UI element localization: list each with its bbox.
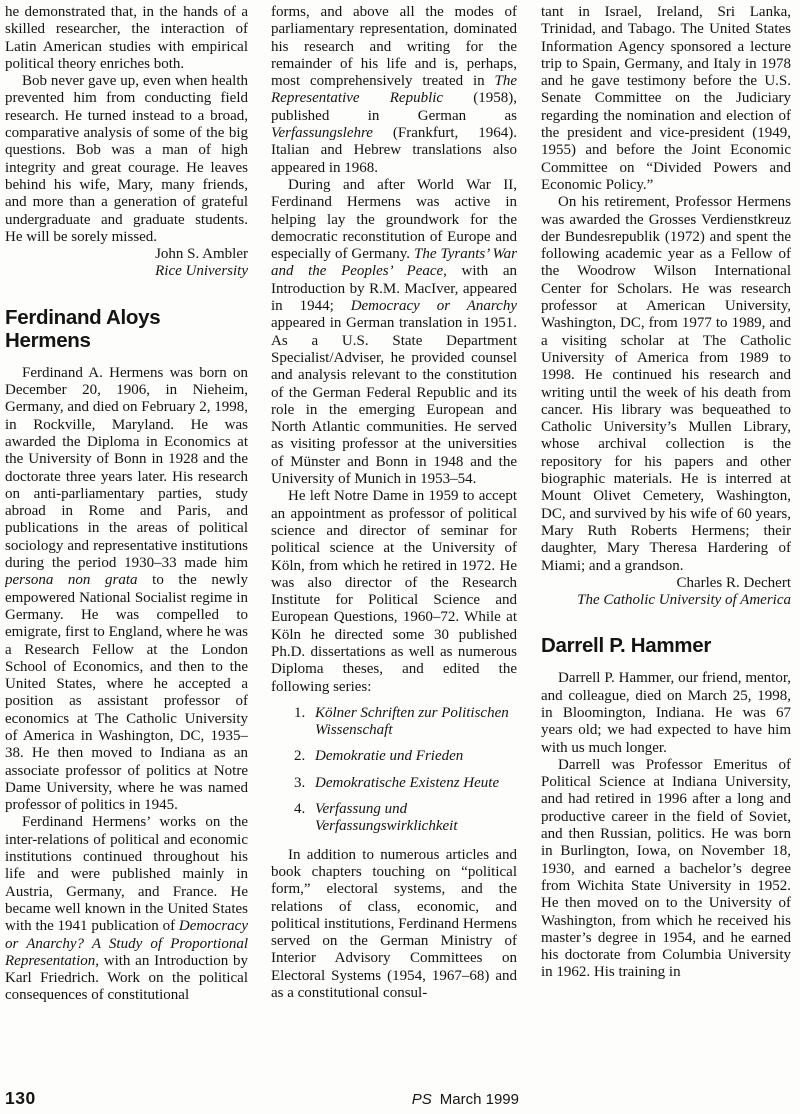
paragraph: Darrell P. Hammer, our friend, mentor, a… <box>541 670 791 756</box>
text-run: to the newly empowered National Socialis… <box>5 572 248 813</box>
byline: John S. AmblerRice University <box>5 246 248 281</box>
list-item: 2.Demokratie und Frieden <box>315 748 517 765</box>
numbered-series-list: 1.Kölner Schriften zur Politischen Wisse… <box>271 705 517 836</box>
byline-name: Charles R. Dechert <box>541 575 791 592</box>
text-run: forms, and above all the modes of parlia… <box>271 4 517 89</box>
paragraph: On his retirement, Professor Hermens was… <box>541 194 791 575</box>
text-column-1: he demonstrated that, in the hands of a … <box>5 4 248 1086</box>
text-run: Ferdinand A. Hermens was born on Decembe… <box>5 365 248 571</box>
text-run: In addition to numerous articles and boo… <box>271 847 517 1001</box>
list-number: 3. <box>294 775 305 792</box>
italic-text-run: Democracy or Anarchy <box>351 298 517 314</box>
text-run: Darrell P. Hammer, our friend, mentor, a… <box>541 670 791 755</box>
byline-name: John S. Ambler <box>5 246 248 263</box>
text-run: On his retirement, Professor Hermens was… <box>541 194 791 573</box>
list-title: Demokratie und Frieden <box>315 748 463 764</box>
text-column-2: forms, and above all the modes of parlia… <box>271 4 517 1086</box>
paragraph: forms, and above all the modes of parlia… <box>271 4 517 177</box>
journal-page: he demonstrated that, in the hands of a … <box>0 0 800 1114</box>
list-item: 3.Demokratische Existenz Heute <box>315 775 517 792</box>
italic-text-run: Verfassungslehre <box>271 125 373 141</box>
obituary-heading: Ferdinand Aloys Hermens <box>5 306 248 352</box>
list-title: Demokratische Existenz Heute <box>315 775 499 791</box>
paragraph: he demonstrated that, in the hands of a … <box>5 4 248 73</box>
journal-footer: PSMarch 1999 <box>271 1091 519 1108</box>
page-number: 130 <box>5 1088 36 1109</box>
paragraph: In addition to numerous articles and boo… <box>271 847 517 1003</box>
byline-affiliation: The Catholic University of America <box>541 592 791 609</box>
list-number: 4. <box>294 801 305 818</box>
paragraph: Darrell was Professor Emeritus of Politi… <box>541 757 791 982</box>
byline-affiliation: Rice University <box>5 263 248 280</box>
paragraph: Ferdinand A. Hermens was born on Decembe… <box>5 365 248 815</box>
journal-issue: March 1999 <box>440 1091 519 1108</box>
list-item: 4.Verfassung und Verfassungswirklichkeit <box>315 801 517 836</box>
list-title: Verfassung und Verfassungswirklichkeit <box>315 801 458 834</box>
text-run: appeared in German translation in 1951. … <box>271 315 517 487</box>
byline: Charles R. DechertThe Catholic Universit… <box>541 575 791 610</box>
paragraph: Bob never gave up, even when health prev… <box>5 73 248 246</box>
journal-abbrev: PS <box>412 1091 432 1108</box>
text-run: Darrell was Professor Emeritus of Politi… <box>541 757 791 981</box>
list-title: Kölner Schriften zur Politischen Wissens… <box>315 705 509 738</box>
text-run: He left Notre Dame in 1959 to accept an … <box>271 488 517 694</box>
obituary-heading: Darrell P. Hammer <box>541 634 791 657</box>
paragraph: Ferdinand Hermens’ works on the inter-re… <box>5 814 248 1004</box>
text-run: he demonstrated that, in the hands of a … <box>5 4 248 72</box>
paragraph: During and after World War II, Ferdinand… <box>271 177 517 488</box>
text-run: Bob never gave up, even when health prev… <box>5 73 248 245</box>
text-column-3: tant in Israel, Ireland, Sri Lanka, Trin… <box>541 4 791 1086</box>
paragraph: He left Notre Dame in 1959 to accept an … <box>271 488 517 696</box>
text-run: tant in Israel, Ireland, Sri Lanka, Trin… <box>541 4 791 193</box>
list-item: 1.Kölner Schriften zur Politischen Wisse… <box>315 705 517 740</box>
italic-text-run: persona non grata <box>5 572 138 588</box>
list-number: 1. <box>294 705 305 722</box>
list-number: 2. <box>294 748 305 765</box>
paragraph: tant in Israel, Ireland, Sri Lanka, Trin… <box>541 4 791 194</box>
text-run: Ferdinand Hermens’ works on the inter-re… <box>5 814 248 934</box>
